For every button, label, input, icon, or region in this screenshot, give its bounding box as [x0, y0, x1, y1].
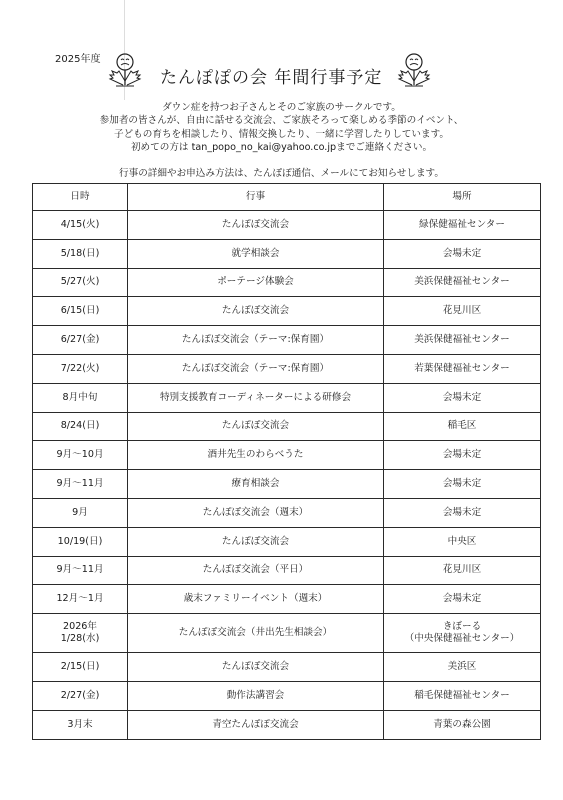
schedule-table: 日時 行事 場所 4/15(火)たんぽぽ交流会緑保健福祉センター 5/18(日)…: [32, 183, 541, 740]
cell-date: 10/19(日): [33, 527, 128, 556]
cell-event: 青空たんぽぽ交流会: [128, 710, 384, 739]
cell-place: 会場未定: [384, 239, 541, 268]
table-row: 4/15(火)たんぽぽ交流会緑保健福祉センター: [33, 211, 541, 240]
cell-place: 花見川区: [384, 556, 541, 585]
header-place: 場所: [384, 184, 541, 211]
cell-date-year: 2026年: [33, 621, 127, 633]
cell-event: たんぽぽ交流会（平日）: [128, 556, 384, 585]
table-row: 5/27(火)ポーテージ体験会美浜保健福祉センター: [33, 268, 541, 297]
table-row: 9月～10月酒井先生のわらべうた会場未定: [33, 441, 541, 470]
header-event: 行事: [128, 184, 384, 211]
intro-paragraph: ダウン症を持つお子さんとそのご家族のサークルです。 参加者の皆さんが、自由に話せ…: [0, 101, 563, 154]
cell-date: 8/24(日): [33, 412, 128, 441]
cell-place: きぼーる （中央保健福祉センター）: [384, 614, 541, 653]
cell-place: 稲毛保健福祉センター: [384, 681, 541, 710]
table-row: 10/19(日)たんぽぽ交流会中央区: [33, 527, 541, 556]
cell-place: 緑保健福祉センター: [384, 211, 541, 240]
cell-date: 3月末: [33, 710, 128, 739]
cell-date: 9月～11月: [33, 470, 128, 499]
cell-date: 6/27(金): [33, 326, 128, 355]
cell-place: 花見川区: [384, 297, 541, 326]
cell-date-day: 1/28(水): [33, 633, 127, 645]
cell-place-detail: （中央保健福祉センター）: [384, 633, 540, 645]
table-header-row: 日時 行事 場所: [33, 184, 541, 211]
table-row: 12月～1月歳末ファミリーイベント（週末）会場未定: [33, 585, 541, 614]
cell-place: 美浜保健福祉センター: [384, 268, 541, 297]
cell-date: 2/15(日): [33, 653, 128, 682]
cell-event: たんぽぽ交流会: [128, 297, 384, 326]
cell-event: たんぽぽ交流会: [128, 211, 384, 240]
notice-text: 行事の詳細やお申込み方法は、たんぽぽ通信、メールにてお知らせします。: [0, 165, 563, 179]
cell-date: 5/18(日): [33, 239, 128, 268]
cell-place: 若葉保健福祉センター: [384, 354, 541, 383]
cell-place-name: きぼーる: [384, 621, 540, 633]
cell-date: 8月中旬: [33, 383, 128, 412]
cell-date: 9月～11月: [33, 556, 128, 585]
cell-place: 青葉の森公園: [384, 710, 541, 739]
table-row: 3月末青空たんぽぽ交流会青葉の森公園: [33, 710, 541, 739]
table-row: 9月～11月療育相談会会場未定: [33, 470, 541, 499]
table-row: 5/18(日)就学相談会会場未定: [33, 239, 541, 268]
cell-event: 就学相談会: [128, 239, 384, 268]
cell-place: 会場未定: [384, 585, 541, 614]
cell-date: 12月～1月: [33, 585, 128, 614]
cell-place: 美浜保健福祉センター: [384, 326, 541, 355]
cell-place: 会場未定: [384, 498, 541, 527]
cell-event: ポーテージ体験会: [128, 268, 384, 297]
table-row: 8/24(日)たんぽぽ交流会稲毛区: [33, 412, 541, 441]
cell-place: 会場未定: [384, 470, 541, 499]
dandelion-icon: [397, 51, 431, 89]
intro-line: 子どもの育ちを相談したり、情報交換したり、一緒に学習したりしています。: [0, 128, 563, 141]
cell-date: 5/27(火): [33, 268, 128, 297]
cell-event: たんぽぽ交流会（井出先生相談会）: [128, 614, 384, 653]
intro-contact-line: 初めての方は tan_popo_no_kai@yahoo.co.jpまでご連絡く…: [0, 141, 563, 154]
intro-line: 参加者の皆さんが、自由に話せる交流会、ご家族そろって楽しめる季節のイベント、: [0, 114, 563, 127]
intro-line: ダウン症を持つお子さんとそのご家族のサークルです。: [0, 101, 563, 114]
table-row: 2/15(日)たんぽぽ交流会美浜区: [33, 653, 541, 682]
table-row: 6/27(金)たんぽぽ交流会（テーマ:保育園）美浜保健福祉センター: [33, 326, 541, 355]
cell-event: たんぽぽ交流会（週末）: [128, 498, 384, 527]
cell-event: たんぽぽ交流会: [128, 527, 384, 556]
cell-date: 7/22(火): [33, 354, 128, 383]
cell-place: 美浜区: [384, 653, 541, 682]
table-row: 2026年 1/28(水) たんぽぽ交流会（井出先生相談会） きぼーる （中央保…: [33, 614, 541, 653]
cell-event: たんぽぽ交流会: [128, 653, 384, 682]
dandelion-icon: [108, 51, 142, 89]
cell-date: 4/15(火): [33, 211, 128, 240]
cell-date: 9月～10月: [33, 441, 128, 470]
page-title: たんぽぽの会 年間行事予定: [160, 63, 382, 88]
cell-place: 会場未定: [384, 441, 541, 470]
table-row: 2/27(金)動作法講習会稲毛保健福祉センター: [33, 681, 541, 710]
cell-date: 2026年 1/28(水): [33, 614, 128, 653]
table-row: 6/15(日)たんぽぽ交流会花見川区: [33, 297, 541, 326]
cell-event: 特別支援教育コーディネーターによる研修会: [128, 383, 384, 412]
title-row: たんぽぽの会 年間行事予定: [0, 55, 563, 95]
cell-date: 6/15(日): [33, 297, 128, 326]
cell-event: 酒井先生のわらべうた: [128, 441, 384, 470]
table-row: 7/22(火)たんぽぽ交流会（テーマ:保育園）若葉保健福祉センター: [33, 354, 541, 383]
cell-date: 9月: [33, 498, 128, 527]
table-row: 9月たんぽぽ交流会（週末）会場未定: [33, 498, 541, 527]
cell-event: たんぽぽ交流会（テーマ:保育園）: [128, 326, 384, 355]
table-row: 9月～11月たんぽぽ交流会（平日）花見川区: [33, 556, 541, 585]
cell-event: たんぽぽ交流会（テーマ:保育園）: [128, 354, 384, 383]
cell-place: 稲毛区: [384, 412, 541, 441]
cell-place: 会場未定: [384, 383, 541, 412]
cell-event: 療育相談会: [128, 470, 384, 499]
header-date: 日時: [33, 184, 128, 211]
cell-place: 中央区: [384, 527, 541, 556]
cell-date: 2/27(金): [33, 681, 128, 710]
table-row: 8月中旬特別支援教育コーディネーターによる研修会会場未定: [33, 383, 541, 412]
cell-event: たんぽぽ交流会: [128, 412, 384, 441]
cell-event: 歳末ファミリーイベント（週末）: [128, 585, 384, 614]
cell-event: 動作法講習会: [128, 681, 384, 710]
